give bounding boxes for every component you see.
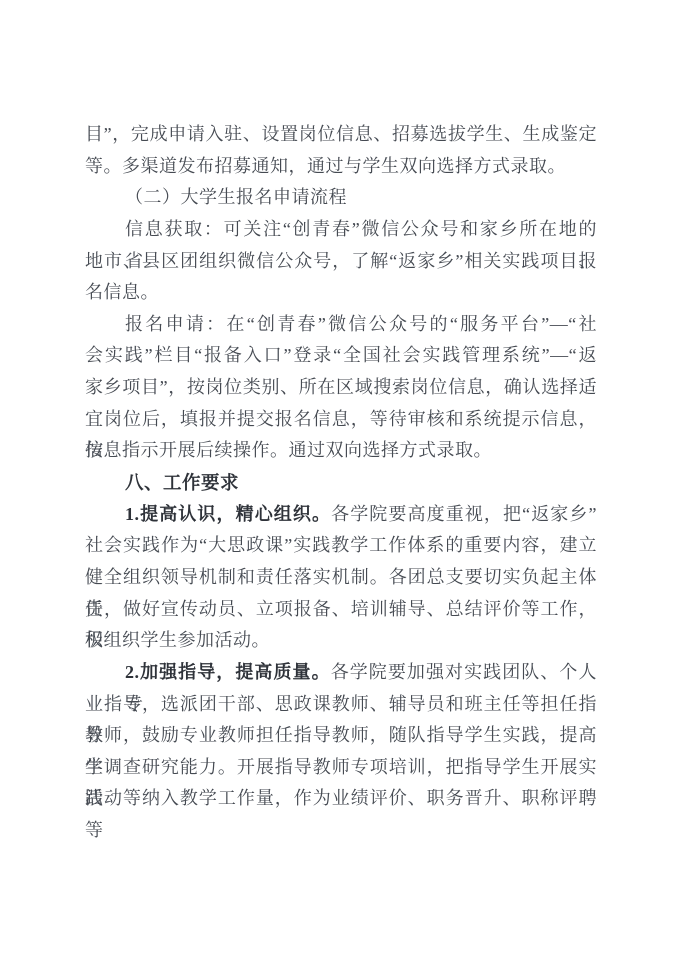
text-line: 报名申请：在“创青春”微信公众号的“服务平台”—“社 <box>85 309 597 341</box>
text-segment: 地市、县区团组织微信公众号，了解“返家乡”相关实践项目报 <box>85 251 597 271</box>
text-line: 生调查研究能力。开展指导教师专项培训，把指导学生开展实践 <box>85 752 597 784</box>
text-line: 名信息。 <box>85 277 597 309</box>
text-line: 地市、县区团组织微信公众号，了解“返家乡”相关实践项目报 <box>85 246 597 278</box>
text-segment: 信息指示开展后续操作。通过双向选择方式录取。 <box>85 440 492 460</box>
text-line: 信息指示开展后续操作。通过双向选择方式录取。 <box>85 435 597 467</box>
text-segment: 目”，完成申请入驻、设置岗位信息、招募选拔学生、生成鉴定 <box>85 124 597 144</box>
document-page: 目”，完成申请入驻、设置岗位信息、招募选拔学生、生成鉴定等。多渠道发布招募通知，… <box>0 0 680 961</box>
text-segment: （二）大学生报名申请流程 <box>125 187 347 207</box>
text-segment: 极组织学生参加活动。 <box>85 630 270 650</box>
text-line: 教师，鼓励专业教师担任指导教师，随队指导学生实践，提高学 <box>85 720 597 752</box>
text-line: 等。多渠道发布招募通知，通过与学生双向选择方式录取。 <box>85 151 597 183</box>
text-segment: 等。多渠道发布招募通知，通过与学生双向选择方式录取。 <box>85 156 566 176</box>
text-line: 1.提高认识，精心组织。各学院要高度重视，把“返家乡” <box>85 499 597 531</box>
text-line: 信息获取：可关注“创青春”微信公众号和家乡所在地的省、 <box>85 214 597 246</box>
emphasized-text-segment: 1.提高认识，精心组织。 <box>125 504 331 524</box>
section-heading: 八、工作要求 <box>85 467 597 499</box>
text-segment: 名信息。 <box>85 282 159 302</box>
text-line: 2.加强指导，提高质量。各学院要加强对实践团队、个人专 <box>85 657 597 689</box>
text-segment: 社会实践作为“大思政课”实践教学工作体系的重要内容，建立 <box>85 535 597 555</box>
emphasized-text-segment: 2.加强指导，提高质量。 <box>125 662 331 682</box>
text-segment: 各学院要高度重视，把“返家乡” <box>331 504 597 524</box>
text-line: 宜岗位后，填报并提交报名信息，等待审核和系统提示信息，按 <box>85 404 597 436</box>
text-line: 业指导，选派团干部、思政课教师、辅导员和班主任等担任指导 <box>85 689 597 721</box>
text-line: 极组织学生参加活动。 <box>85 625 597 657</box>
text-line: 健全组织领导机制和责任落实机制。各团总支要切实负起主体责 <box>85 562 597 594</box>
document-text-block: 目”，完成申请入驻、设置岗位信息、招募选拔学生、生成鉴定等。多渠道发布招募通知，… <box>85 119 597 815</box>
text-segment: 家乡项目”，按岗位类别、所在区域搜索岗位信息，确认选择适 <box>85 377 597 397</box>
text-segment: 会实践”栏目“报备入口”登录“全国社会实践管理系统”—“返 <box>85 345 597 365</box>
text-line: 家乡项目”，按岗位类别、所在区域搜索岗位信息，确认选择适 <box>85 372 597 404</box>
text-line: 任，做好宣传动员、立项报备、培训辅导、总结评价等工作，积 <box>85 594 597 626</box>
text-line: 社会实践作为“大思政课”实践教学工作体系的重要内容，建立 <box>85 530 597 562</box>
text-line: 活动等纳入教学工作量，作为业绩评价、职务晋升、职称评聘等 <box>85 783 597 815</box>
text-segment: 报名申请：在“创青春”微信公众号的“服务平台”—“社 <box>125 314 597 334</box>
text-line: （二）大学生报名申请流程 <box>85 182 597 214</box>
text-segment: 活动等纳入教学工作量，作为业绩评价、职务晋升、职称评聘等 <box>85 788 597 840</box>
text-line: 会实践”栏目“报备入口”登录“全国社会实践管理系统”—“返 <box>85 340 597 372</box>
text-line: 目”，完成申请入驻、设置岗位信息、招募选拔学生、生成鉴定 <box>85 119 597 151</box>
emphasized-text-segment: 八、工作要求 <box>125 472 239 493</box>
